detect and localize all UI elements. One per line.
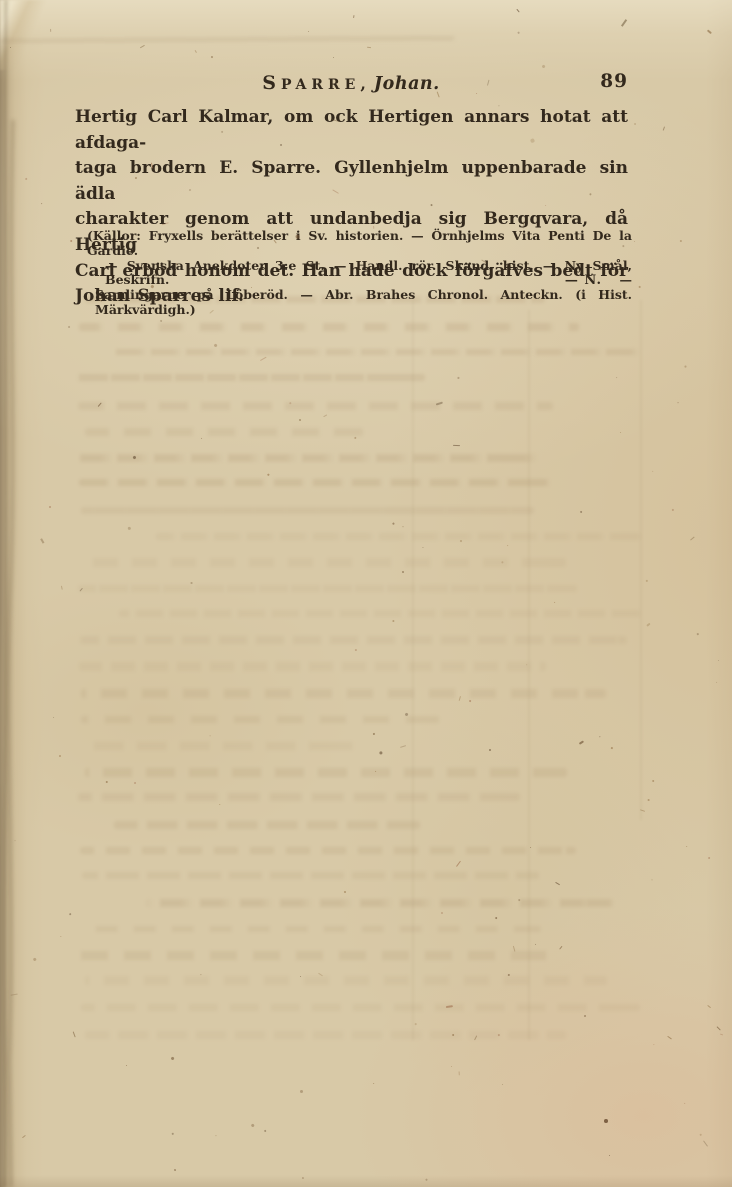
page-title: Sparre,Johan. <box>0 72 702 94</box>
footnote-line: Samlingarne på Löberöd. — Abr. Brahes Ch… <box>75 288 632 318</box>
footnote-line: (Källor: Fryxells berättelser i Sv. hist… <box>75 229 632 259</box>
left-fold-crease <box>0 0 44 1187</box>
top-edge-crease <box>0 37 454 43</box>
title-surname-smallcaps: parre <box>281 77 360 93</box>
scanned-book-page: Sparre,Johan. 89 Hertig Carl Kalmar, om … <box>0 0 732 1187</box>
title-separator: , <box>360 74 366 93</box>
page-number: 89 <box>600 71 628 92</box>
paragraph-line: taga brodern E. Sparre. Gyllenhjelm uppe… <box>75 156 628 207</box>
title-surname-initial: S <box>262 72 281 94</box>
paragraph-line: Hertig Carl Kalmar, om ock Hertigen anna… <box>75 105 628 156</box>
title-forename: Johan. <box>374 74 440 94</box>
footnote-signature: — N. <box>75 273 632 288</box>
